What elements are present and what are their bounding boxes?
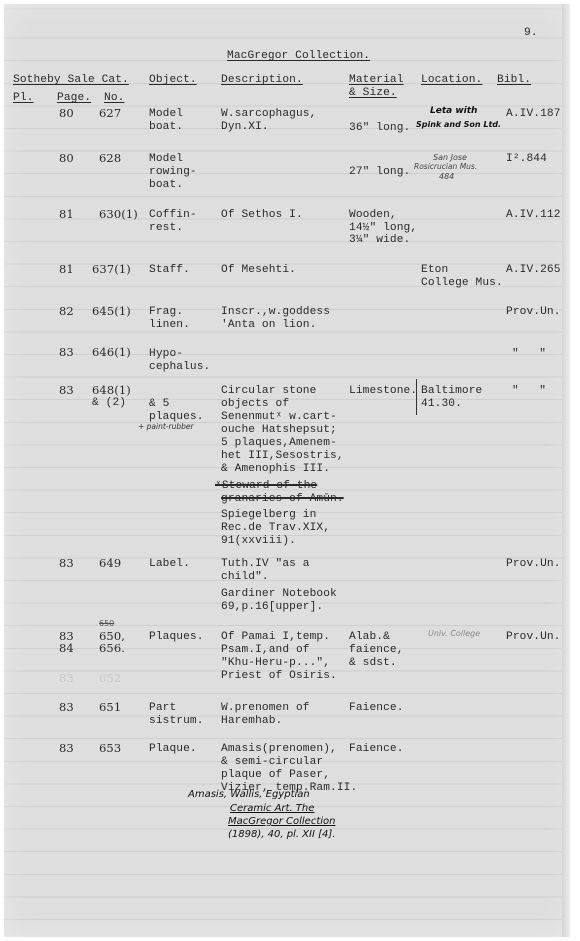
cell-material: Alab.& [349,631,390,643]
header-bibl: Bibl. [497,74,531,86]
cell-description: & semi-circular [221,756,323,768]
struck-description: granaries of Amūn. [221,493,344,505]
cell-material: 14½" long, [349,222,417,234]
cell-description: Tuth.IV "as a [221,558,310,570]
cell-no: 649 [99,557,121,569]
cell-object: Plaques. [149,631,204,643]
cell-page: 82 [59,305,74,317]
cell-no: 653 [99,742,121,754]
cell-description: Circular stone [221,385,316,397]
handwritten-location: Rosicrucian Mus. [414,162,477,171]
cell-reference: Spiegelberg in [221,509,316,521]
cell-description: Senenmutˣ w.cart- [221,411,337,423]
cell-object: & 5 [149,398,169,410]
cell-description: W.prenomen of [221,702,310,714]
cell-page: 83 [59,742,74,754]
handwritten-location: 484 [439,172,454,181]
ghost-number: 652 [99,672,121,684]
cell-description: Amasis(prenomen), [221,743,337,755]
cell-bibl: Prov.Un. [506,558,561,570]
cell-page: 81 [59,208,74,220]
page-number: 9. [524,27,538,39]
cell-material: Faience. [349,702,404,714]
cell-no: 651 [99,701,121,713]
cell-description: Dyn.XI. [221,121,269,133]
header-no: No. [104,92,124,104]
cell-page: 81 [59,263,74,275]
cell-object: Plaque. [149,743,197,755]
ghost-page: 83 [59,672,74,684]
cell-no: & (2) [92,397,126,409]
cell-bibl: " " [512,348,546,360]
cell-object: Staff. [149,264,190,276]
cell-reference: 69,p.16[upper]. [221,601,323,613]
cell-description: "Khu-Heru-p...", [221,657,330,669]
header-object: Object. [149,74,197,86]
page-title: MacGregor Collection. [227,50,370,62]
cell-page: 83 [59,346,74,358]
header-size: & Size. [349,87,397,99]
cell-material: faience, [349,644,404,656]
struck-description: ˣSteward of the [215,480,317,492]
cell-no: 648(1) [92,384,131,396]
page-edge [562,4,570,937]
cell-reference: Rec.de Trav.XIX, [221,522,330,534]
cell-object: Label. [149,558,190,570]
cell-object: boat. [149,179,183,191]
cell-no: 637(1) [92,263,131,275]
handwritten-location: Spink and Son Ltd. [416,120,501,129]
header-page: Page. [57,92,91,104]
cell-object: Model [149,108,183,120]
cell-page: 83 [59,384,74,396]
cell-material: & sdst. [349,657,397,669]
header-material: Material [349,74,404,86]
footnote-line: Amasis, Wallis, Egyptian [188,789,310,800]
cell-bibl: A.IV.187 [506,108,561,120]
header-description: Description. [221,74,303,86]
handwritten-location: San Jose [433,153,467,162]
cell-object: rest. [149,222,183,234]
handwritten-location: Univ. College [428,629,480,638]
cell-object: Frag. [149,306,183,318]
cell-bibl: " " [512,385,546,397]
footnote-line: Ceramic Art. The [230,803,314,814]
cell-material: 27" long. [349,166,410,178]
cell-no: 646(1) [92,346,131,358]
cell-description: ouche Hatshepsut; [221,424,337,436]
cell-description: 5 plaques,Amenem- [221,437,337,449]
cell-page: 83 [59,701,74,713]
cell-material: 36" long. [349,122,410,134]
cell-description: Of Pamai I,temp. [221,631,330,643]
cell-material: Limestone. [349,385,417,397]
cell-bibl: A.IV.265 [506,264,561,276]
cell-no: 627 [99,107,121,119]
cell-page: 83 [59,557,74,569]
cell-location: Baltimore [421,385,482,397]
header-pl: Pl. [13,92,33,104]
cell-reference: 91(xxviii). [221,535,296,547]
cell-object: Hypo- [149,348,183,360]
cell-bibl: I².844 [506,153,547,165]
cell-description: plaque of Paser, [221,769,330,781]
cell-material: Wooden, [349,209,397,221]
cell-reference: Gardiner Notebook [221,588,337,600]
cell-description: Psam.I,and of [221,644,310,656]
cell-description: 'Anta on lion. [221,319,316,331]
cell-description: Of Mesehti. [221,264,296,276]
cell-description: objects of [221,398,289,410]
cell-bibl: Prov.Un. [506,631,561,643]
cell-no: 630(1) [99,208,138,220]
header-sotheby: Sotheby Sale Cat. [13,74,129,86]
cell-page: 84 [59,642,74,654]
cell-bibl: A.IV.112 [506,209,561,221]
handwritten-divider [416,379,417,415]
cell-bibl: Prov.Un. [506,306,561,318]
cell-no: 628 [99,152,121,164]
cell-description: & Amenophis III. [221,463,330,475]
cell-object: Model [149,153,183,165]
cell-location: Eton [421,264,448,276]
cell-no: 645(1) [92,305,131,317]
cell-object: Part [149,702,176,714]
footnote-line: (1898), 40, pl. XII [4]. [228,829,335,840]
cell-object: sistrum. [149,715,204,727]
cell-page: 80 [59,152,74,164]
cell-no: 656. [99,642,125,654]
handwritten-location: Leta with [430,106,477,116]
cell-object: rowing- [149,166,197,178]
struck-number: 650 [99,619,114,628]
header-location: Location. [421,74,482,86]
cell-description: Priest of Osiris. [221,670,337,682]
cell-description: het III,Sesostris, [221,450,344,462]
cell-description: W.sarcophagus, [221,108,316,120]
cell-location: College Mus. [421,277,503,289]
cell-object: cephalus. [149,361,210,373]
cell-description: Inscr.,w.goddess [221,306,330,318]
cell-material: 3¼" wide. [349,234,410,246]
cell-material: Faience. [349,743,404,755]
handwritten-note: + paint-rubber [138,422,194,431]
footnote-line: MacGregor Collection [228,816,336,827]
cell-object: boat. [149,121,183,133]
cell-description: Haremhab. [221,715,282,727]
cell-object: linen. [149,319,190,331]
cell-object: Coffin- [149,209,197,221]
cell-location: 41.30. [421,398,462,410]
cell-description: child". [221,571,269,583]
cell-description: Of Sethos I. [221,209,303,221]
cell-page: 80 [59,107,74,119]
